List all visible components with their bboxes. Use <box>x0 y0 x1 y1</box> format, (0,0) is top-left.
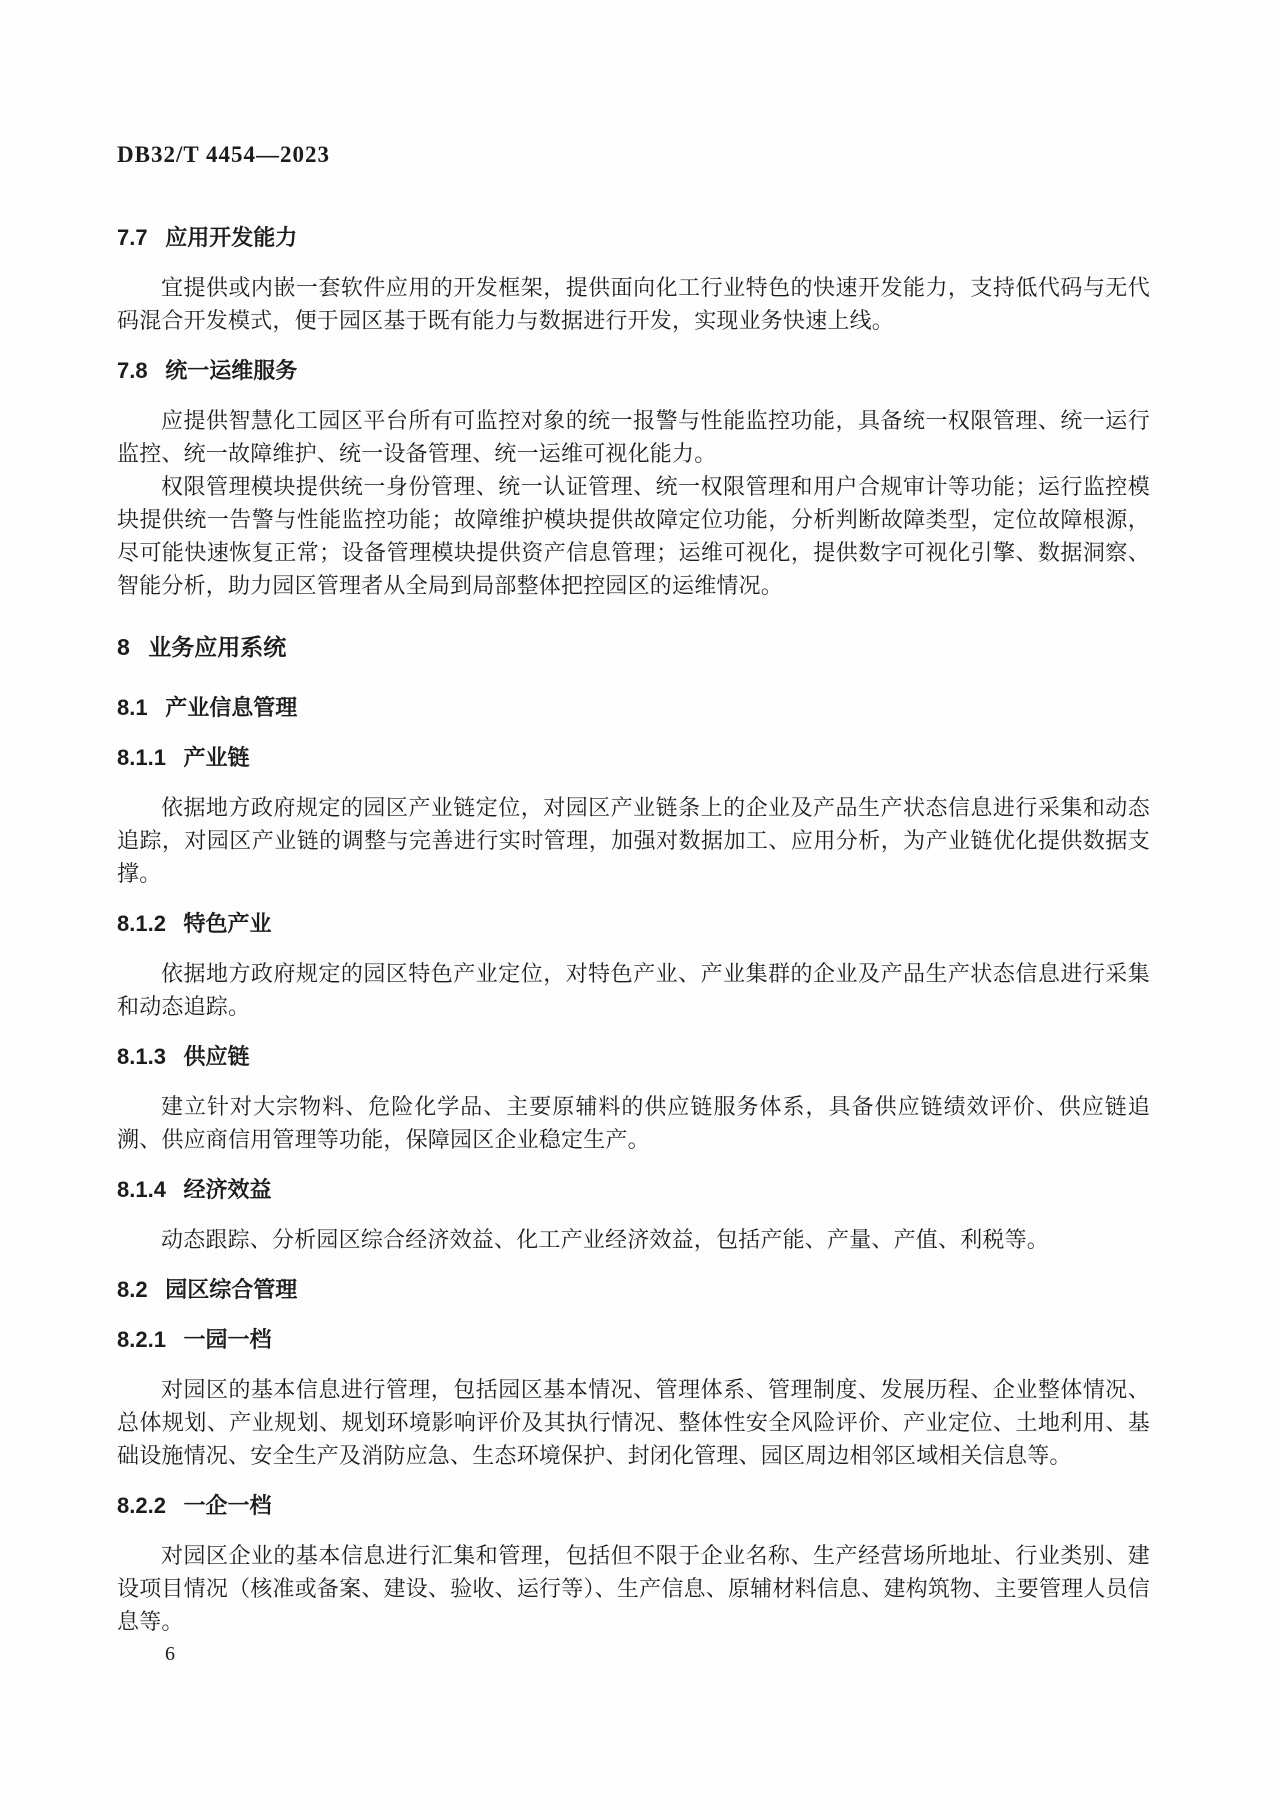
section-title: 供应链 <box>184 1044 250 1069</box>
paragraph: 依据地方政府规定的园区产业链定位，对园区产业链条上的企业及产品生产状态信息进行采… <box>117 791 1150 890</box>
section-title: 园区综合管理 <box>165 1277 297 1302</box>
section-number: 8.2 <box>117 1277 148 1302</box>
section-heading-8.1: 8.1产业信息管理 <box>117 691 1150 724</box>
section-heading-8.2.2: 8.2.2一企一档 <box>117 1489 1150 1522</box>
paragraph: 对园区企业的基本信息进行汇集和管理，包括但不限于企业名称、生产经营场所地址、行业… <box>117 1539 1150 1638</box>
section-number: 8.2.1 <box>117 1327 166 1352</box>
section-number: 8.1.1 <box>117 745 166 770</box>
paragraph: 对园区的基本信息进行管理，包括园区基本情况、管理体系、管理制度、发展历程、企业整… <box>117 1373 1150 1472</box>
section-heading-8.2: 8.2园区综合管理 <box>117 1273 1150 1306</box>
section-number: 7.8 <box>117 358 148 383</box>
section-title: 经济效益 <box>184 1177 272 1202</box>
paragraph: 应提供智慧化工园区平台所有可监控对象的统一报警与性能监控功能，具备统一权限管理、… <box>117 404 1150 470</box>
section-number: 8.1.4 <box>117 1177 166 1202</box>
section-number: 8.1 <box>117 695 148 720</box>
section-title: 统一运维服务 <box>165 358 297 383</box>
section-heading-8.1.2: 8.1.2特色产业 <box>117 907 1150 940</box>
paragraph: 宜提供或内嵌一套软件应用的开发框架，提供面向化工行业特色的快速开发能力，支持低代… <box>117 271 1150 337</box>
section-heading-8.1.3: 8.1.3供应链 <box>117 1040 1150 1073</box>
document-body: 7.7应用开发能力宜提供或内嵌一套软件应用的开发框架，提供面向化工行业特色的快速… <box>117 221 1150 1638</box>
section-heading-8.2.1: 8.2.1一园一档 <box>117 1323 1150 1356</box>
section-number: 8.1.3 <box>117 1044 166 1069</box>
page-number: 6 <box>117 1640 1150 1668</box>
section-number: 8.2.2 <box>117 1493 166 1518</box>
standard-number-header: DB32/T 4454—2023 <box>117 138 1150 171</box>
section-number: 8.1.2 <box>117 911 166 936</box>
section-heading-8: 8业务应用系统 <box>117 631 1150 664</box>
section-heading-7.7: 7.7应用开发能力 <box>117 221 1150 254</box>
paragraph: 权限管理模块提供统一身份管理、统一认证管理、统一权限管理和用户合规审计等功能；运… <box>117 470 1150 602</box>
section-heading-8.1.4: 8.1.4经济效益 <box>117 1173 1150 1206</box>
section-heading-7.8: 7.8统一运维服务 <box>117 354 1150 387</box>
paragraph: 建立针对大宗物料、危险化学品、主要原辅料的供应链服务体系，具备供应链绩效评价、供… <box>117 1090 1150 1156</box>
section-title: 业务应用系统 <box>148 634 286 660</box>
section-heading-8.1.1: 8.1.1产业链 <box>117 741 1150 774</box>
section-number: 8 <box>117 634 130 660</box>
section-title: 应用开发能力 <box>165 225 297 250</box>
section-title: 一园一档 <box>184 1327 272 1352</box>
document-page: DB32/T 4454—2023 7.7应用开发能力宜提供或内嵌一套软件应用的开… <box>0 0 1280 1810</box>
paragraph: 动态跟踪、分析园区综合经济效益、化工产业经济效益，包括产能、产量、产值、利税等。 <box>117 1223 1150 1256</box>
section-title: 产业链 <box>184 745 250 770</box>
section-title: 产业信息管理 <box>165 695 297 720</box>
section-title: 一企一档 <box>184 1493 272 1518</box>
section-number: 7.7 <box>117 225 148 250</box>
section-title: 特色产业 <box>184 911 272 936</box>
paragraph: 依据地方政府规定的园区特色产业定位，对特色产业、产业集群的企业及产品生产状态信息… <box>117 957 1150 1023</box>
